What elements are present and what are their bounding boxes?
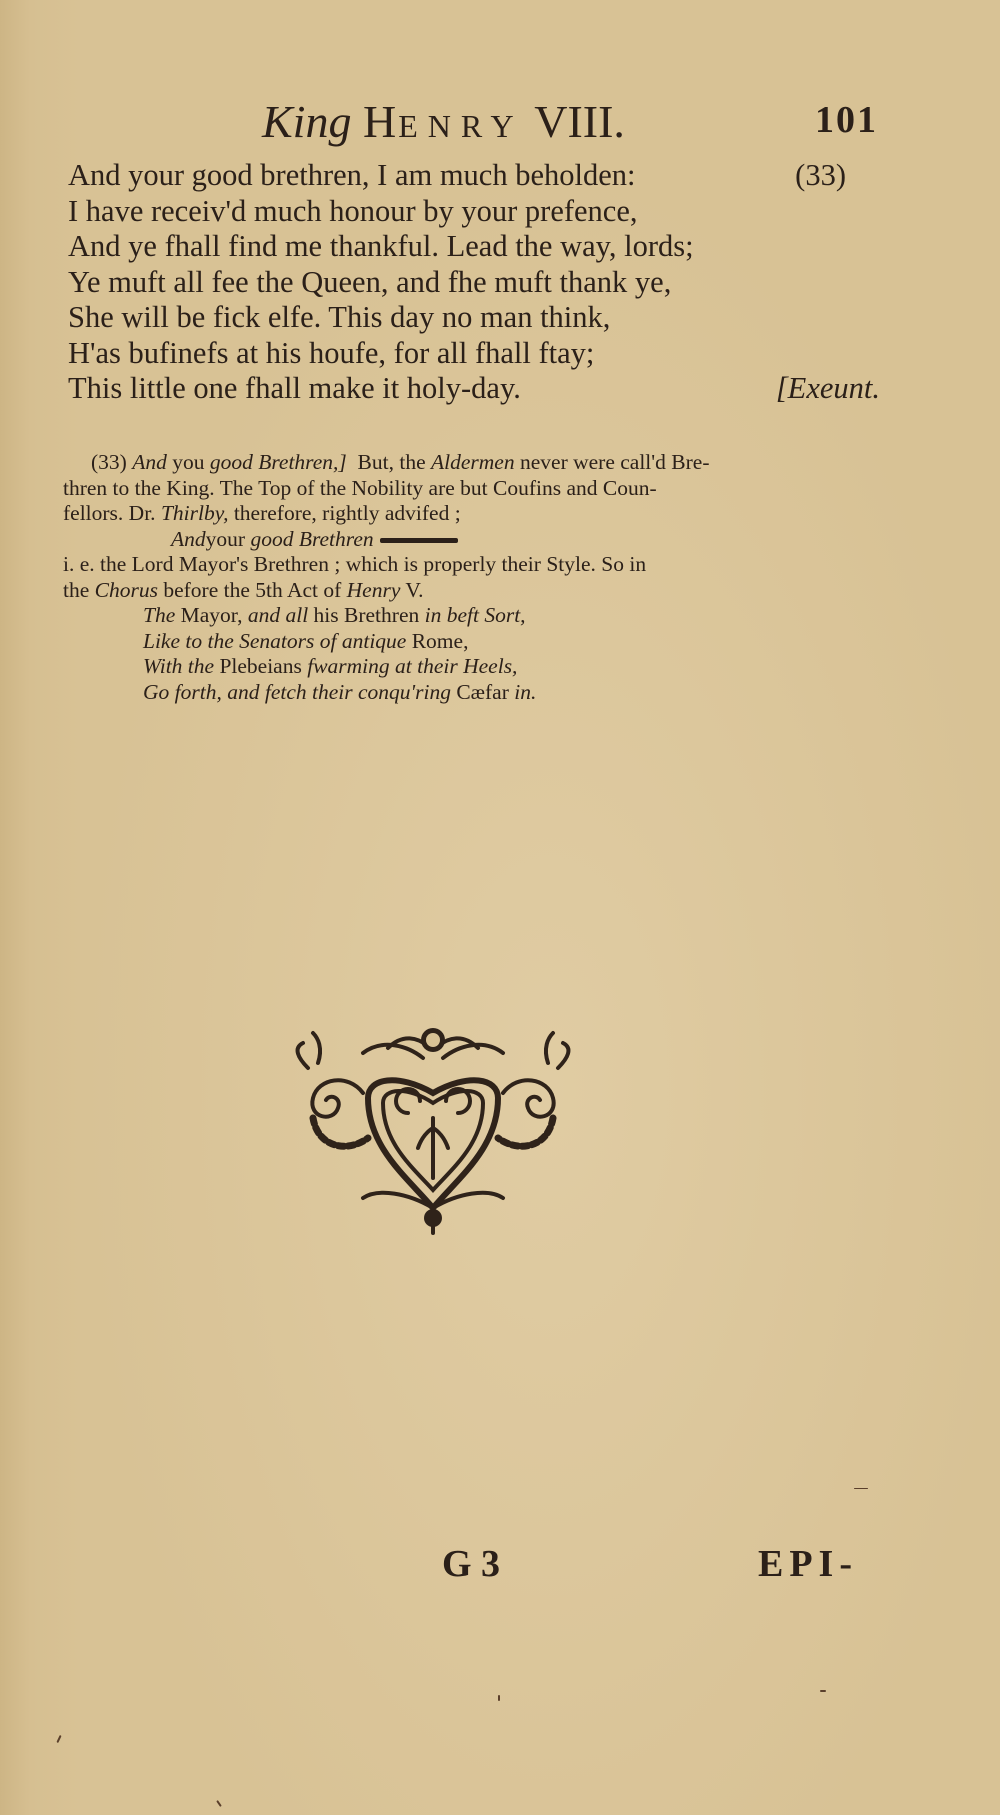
title-viii: VIII. [534,96,625,147]
chorus-line: With the Plebeians fwarming at their Hee… [63,654,881,680]
footnote-line: the Chorus before the 5th Act of Henry V… [63,578,881,604]
book-page: King HENRY VIII. 101 And your good breth… [0,0,1000,1815]
dash-rule [380,538,458,543]
footnote-line: fellors. Dr. Thirlby, therefore, rightly… [63,501,881,527]
paper-speck [56,1735,61,1743]
footnote-line: i. e. the Lord Mayor's Brethren ; which … [63,552,881,578]
title-king: King [262,96,351,147]
page-number: 101 [815,98,878,142]
title-henry: HENRY [363,96,524,147]
chorus-line: The Mayor, and all his Brethren in beft … [63,603,881,629]
running-title: King HENRY VIII. [262,94,625,154]
stage-direction: [Exeunt. [776,371,880,407]
footnote-line: (33) And you good Brethren,] But, the Al… [63,450,881,476]
footnote-quote: Andyour good Brethren [63,527,881,553]
paper-speck [216,1800,222,1807]
paper-speck [820,1690,826,1692]
paper-speck [498,1695,500,1701]
verse-line: I have receiv'd much honour by your pref… [68,194,880,230]
verse-passage: And your good brethren, I am much behold… [68,158,880,407]
paper-speck [854,1488,868,1489]
verse-line: She will be fick elfe. This day no man t… [68,300,880,336]
ornament-tailpiece-icon [268,1018,598,1238]
verse-line: Ye muft all fee the Queen, and fhe muft … [68,265,880,301]
chorus-line: Like to the Senators of antique Rome, [63,629,881,655]
footnote: (33) And you good Brethren,] But, the Al… [63,450,881,705]
catchword: EPI- [758,1542,858,1586]
footnote-ref: (33) [795,158,846,194]
verse-line: H'as bufinefs at his houfe, for all fhal… [68,336,880,372]
signature-mark: G 3 [442,1542,500,1586]
footnote-line: thren to the King. The Top of the Nobili… [63,476,881,502]
verse-line: And ye fhall find me thankful. Lead the … [68,229,880,265]
verse-line: And your good brethren, I am much behold… [68,158,880,194]
chorus-line: Go forth, and fetch their conqu'ring Cæf… [63,680,881,706]
verse-line: This little one fhall make it holy-day.[… [68,371,880,407]
running-header: King HENRY VIII. 101 [262,94,882,154]
chorus-quotation: The Mayor, and all his Brethren in beft … [63,603,881,705]
